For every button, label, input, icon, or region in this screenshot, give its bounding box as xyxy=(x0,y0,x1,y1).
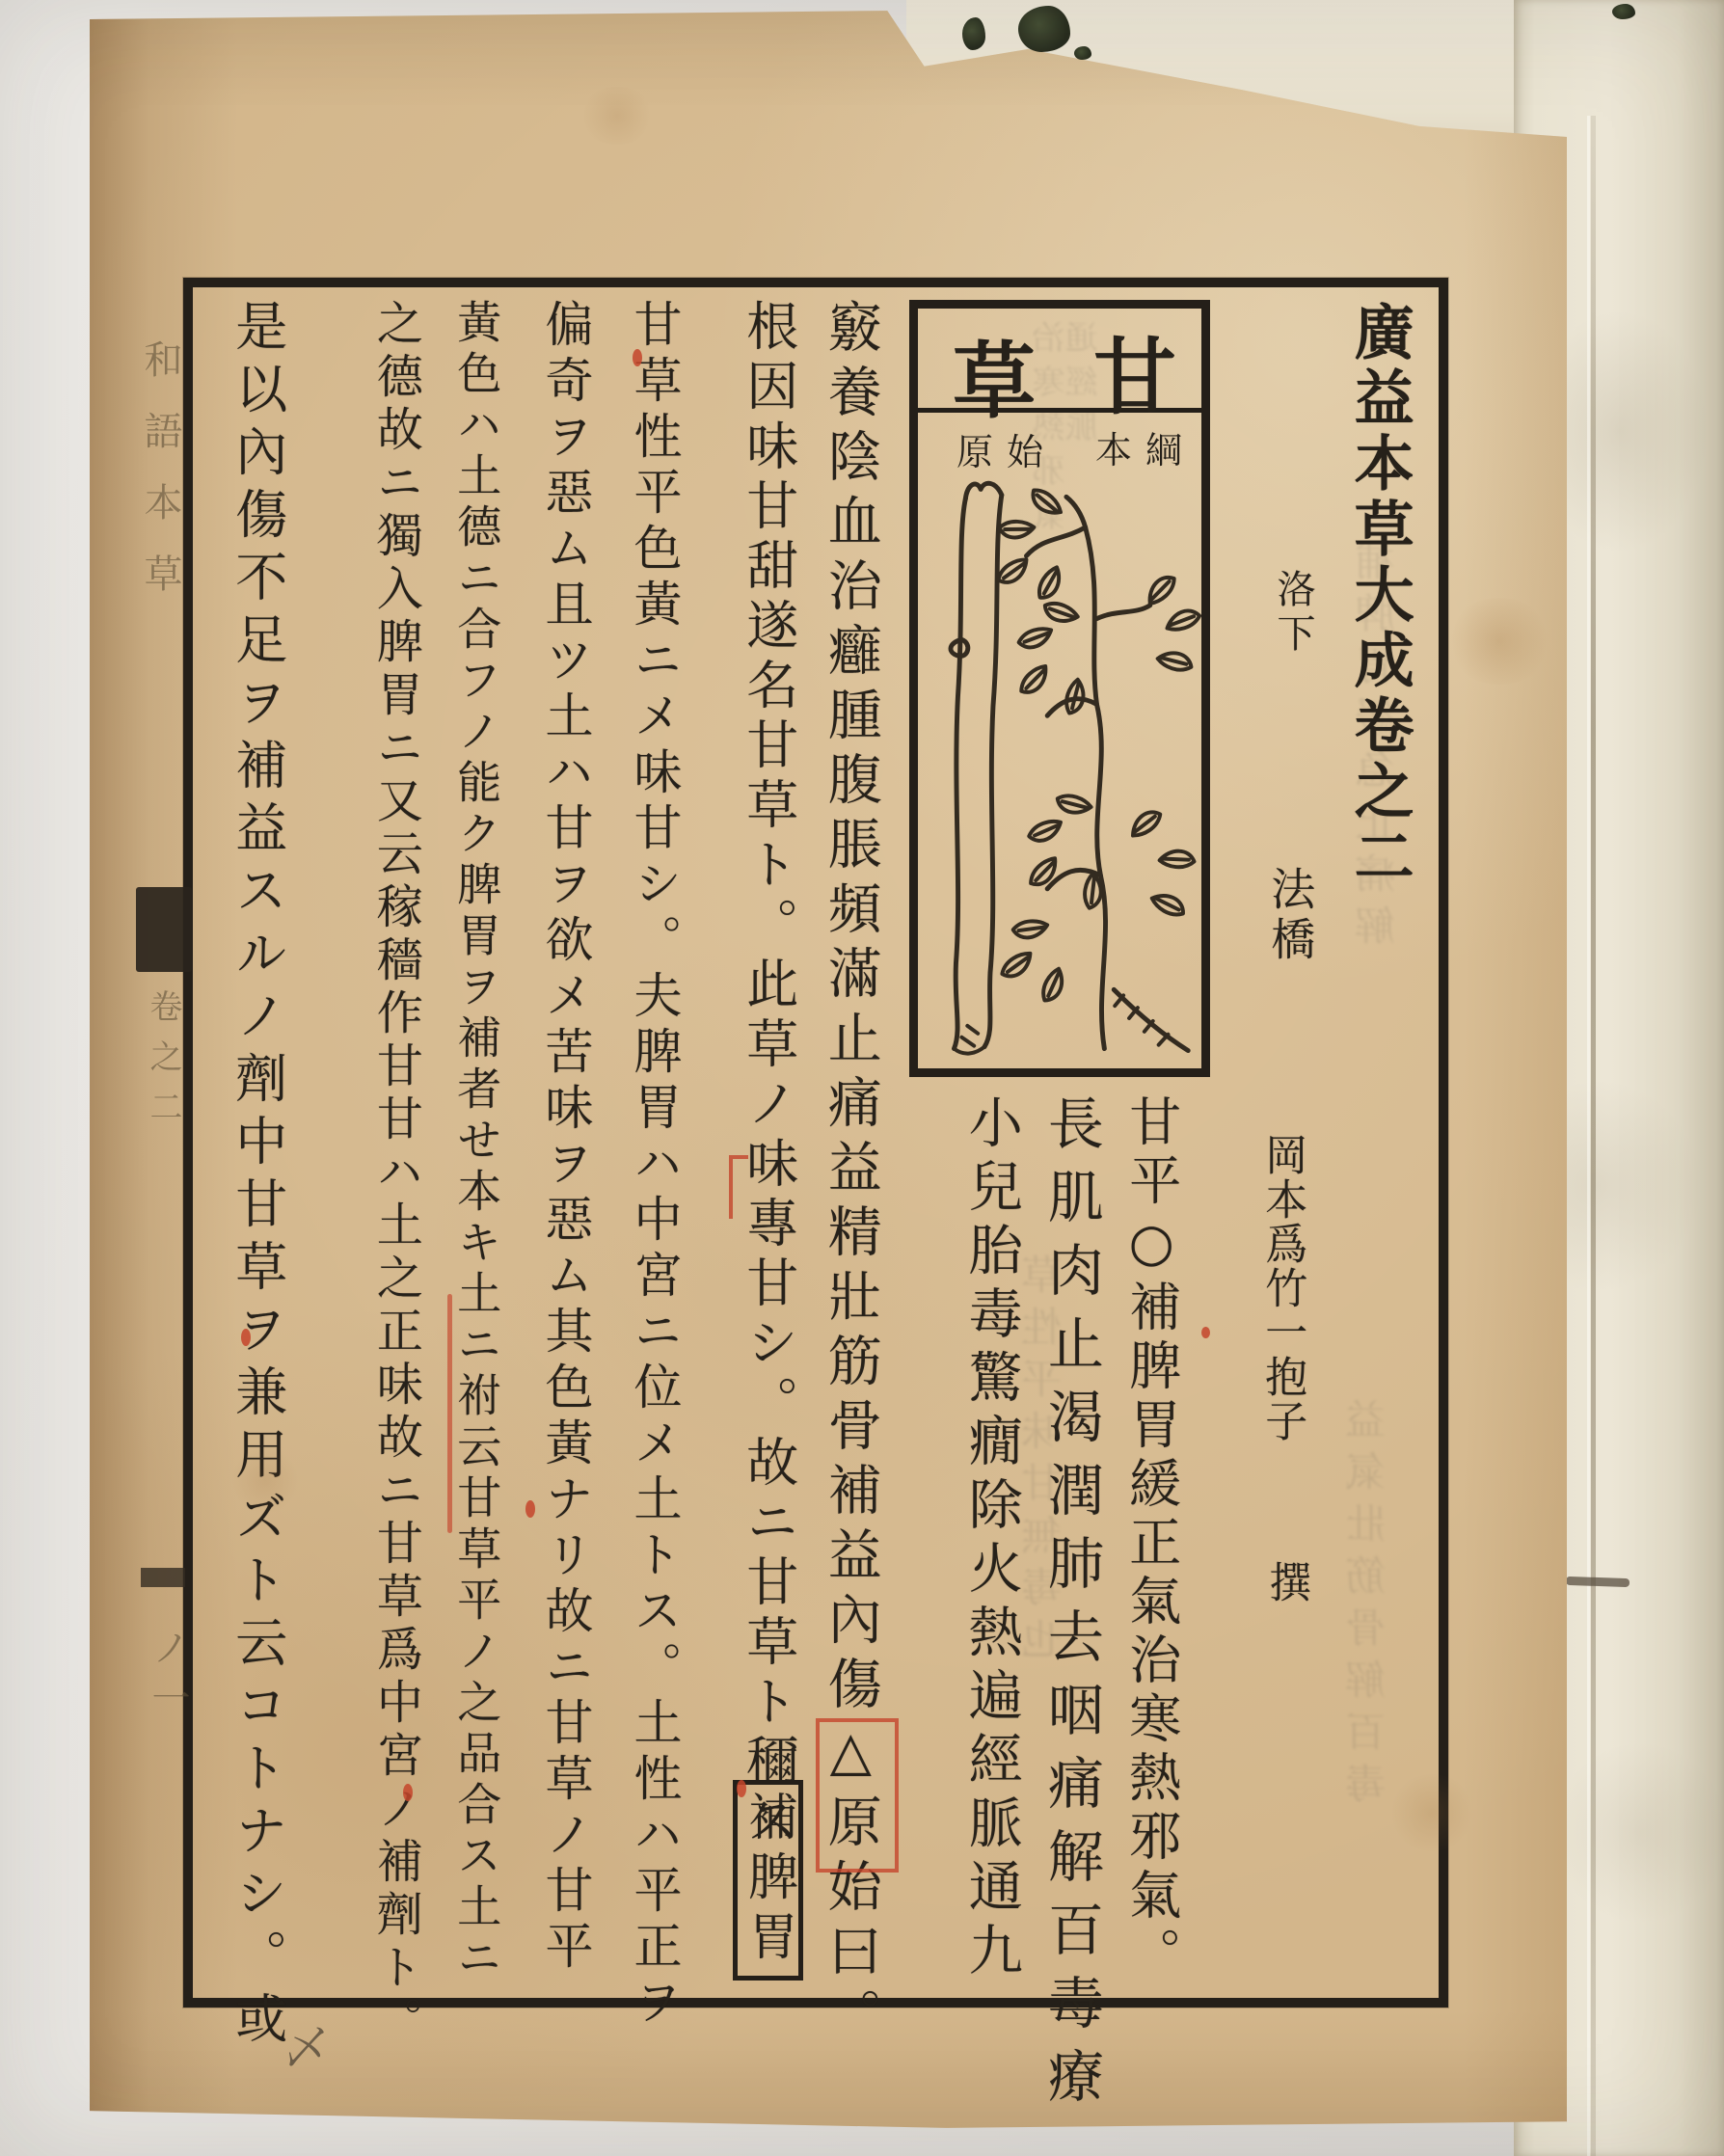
red-reading-dot xyxy=(633,349,642,366)
text-column: 甘草性平色黃ニメ味甘シ。夫脾胃ハ中宮ニ位メ土トス。土性ハ平正ヲ xyxy=(629,299,680,1986)
text-column: 之德故ニ獨入脾胃ニ又云稼穡作甘甘ハ土之正味故ニ甘草爲中宮ノ補劑ト。 xyxy=(371,299,419,1986)
red-emphasis-box xyxy=(816,1718,899,1873)
red-bracket-mark xyxy=(729,1155,748,1219)
ghost-text-column: 益氣壯筋骨解百毒 xyxy=(1348,1398,1388,1996)
boxed-note: 補脾胃 xyxy=(733,1780,803,1981)
book-page-photo: 補脾胃緩急止痛解 治寒熱邪氣通經脈 益氣壯筋骨解百毒 草性平味甘無毒也 廣益本草… xyxy=(0,0,1724,2156)
text-column: 是以內傷不足ヲ補益スルノ劑中甘草ヲ兼用ズト云コトナシ。或 xyxy=(229,299,284,1986)
entry-source-honko: 本綱 xyxy=(1070,420,1196,473)
red-reading-dot xyxy=(525,1500,535,1518)
text-column: 偏奇ヲ惡ム且ツ土ハ甘ヲ欲メ苦味ヲ惡ム其色黃ナリ故ニ甘草ノ甘平 xyxy=(540,299,591,1986)
entry-name-second: 草 xyxy=(953,314,1036,434)
book-title-column: 廣益本草大成卷之二 xyxy=(1348,301,1411,918)
debris-speck xyxy=(1018,6,1070,52)
author-role: 撰 xyxy=(1263,1560,1307,1628)
red-reading-dot xyxy=(241,1329,251,1346)
entry-source-genshi: 原始 xyxy=(931,422,1057,475)
debris-speck xyxy=(1612,4,1635,19)
red-reading-dot xyxy=(1201,1327,1210,1338)
author-name: 岡本爲竹一抱子 xyxy=(1259,1133,1304,1461)
margin-cartouche xyxy=(136,887,192,972)
margin-running-title: 和語本草 xyxy=(141,339,179,625)
fold-mark: 乄 xyxy=(285,2013,330,2077)
fold-crease xyxy=(1591,116,1596,2156)
boxed-note-text: 補脾胃 xyxy=(741,1791,795,1970)
text-column: 甘平○補脾胃緩正氣治寒熱邪氣。 xyxy=(1123,1094,1178,1991)
red-reading-dot xyxy=(403,1784,413,1801)
text-column: 小兒胎毒驚癇除火熱遍經脈通九 xyxy=(962,1094,1019,1991)
entry-name-first: 甘 xyxy=(1093,310,1176,430)
text-column: 長肌肉止渴潤肺去咽痛解百毒療 xyxy=(1041,1094,1100,1991)
margin-volume: 卷之二 xyxy=(147,989,179,1140)
text-column: 根因味甘甜遂名甘草ト。此草ノ味專甘シ。故ニ甘草ト穪ス xyxy=(741,299,795,1789)
debris-speck xyxy=(1074,46,1091,60)
debris-speck xyxy=(962,17,985,50)
margin-tick xyxy=(141,1568,185,1587)
licorice-plant-illustration xyxy=(918,469,1203,1068)
author-rank: 法橋 xyxy=(1267,866,1313,1049)
margin-folio: ノ一 xyxy=(148,1628,187,1728)
red-emphasis-line xyxy=(447,1294,452,1533)
red-reading-dot xyxy=(737,1780,746,1797)
text-column: 黃色ハ土德ニ合フノ能ク脾胃ヲ補者せ本キ土ニ祔云甘草平ノ之品合ス土ニ xyxy=(453,299,499,1986)
author-place: 洛下 xyxy=(1273,569,1313,723)
